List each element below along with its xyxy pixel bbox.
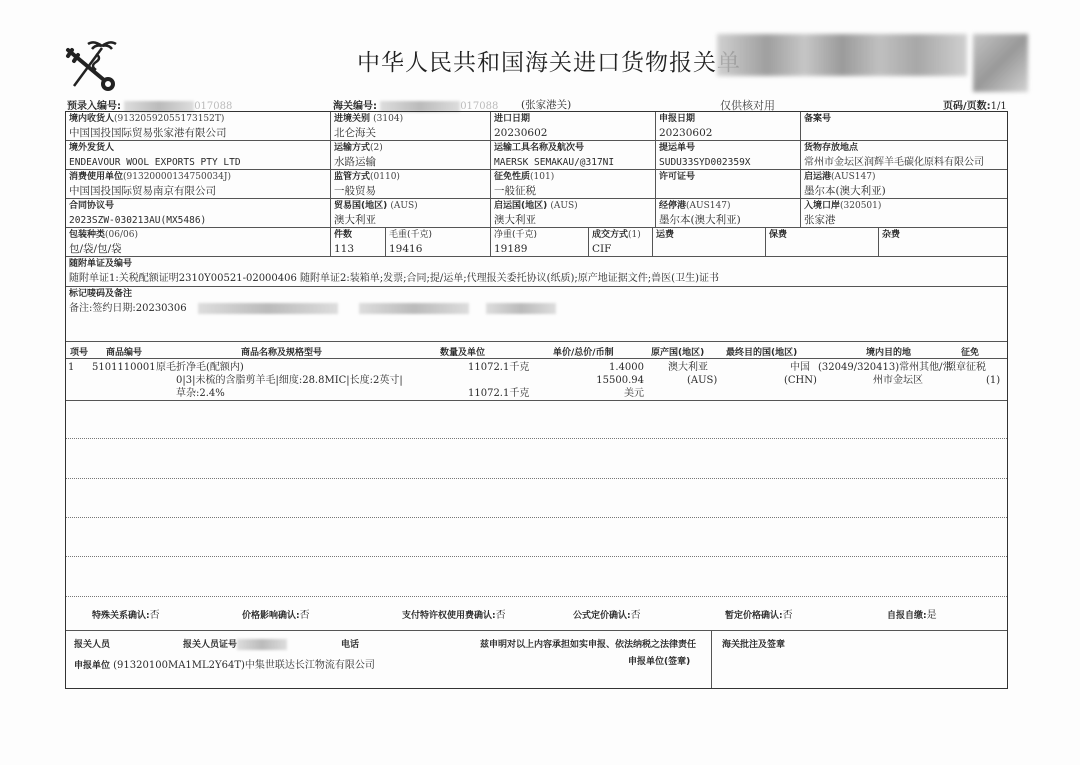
empty-row-divider [66,596,1007,597]
packing-cell: 包装种类(06/06) 包/袋/包/袋 [66,228,331,257]
declarant-label: 报关人员 [74,637,110,650]
empty-row-divider [66,478,1007,479]
confirmation-self-declare: 自报自缴:是 [887,606,937,621]
entry-port-cell: 入境口岸(320501) 张家港 [801,199,1007,228]
departure-port-cell: 启运港(AUS147) 墨尔本(澳大利亚) [801,170,1007,199]
vessel-cell: 运输工具名称及航次号 MAERSK SEMAKAU/@317NI [491,141,656,170]
license-cell: 许可证号 [656,170,801,199]
customs-number: 海关编号: 017088 [333,97,498,112]
page-title: 中华人民共和国海关进口货物报关单 [357,44,741,77]
freight-cell: 运费 [653,228,766,257]
redacted-barcode [717,34,967,76]
supervision-cell: 监管方式(0110) 一般贸易 [331,170,491,199]
confirmation-provisional-price: 暂定价格确认:否 [725,606,793,621]
consumer-cell: 消费使用单位(91320000134750034J) 中国国投国际贸易南京有限公… [66,170,331,199]
net-weight-cell: 净重(千克) 19189 [491,228,589,257]
levy-nature-cell: 征免性质(101) 一般征税 [491,170,656,199]
storage-cell: 货物存放地点 常州市金坛区润辉羊毛碳化原料有限公司 [801,141,1007,170]
declare-date-cell: 申报日期 20230602 [656,112,801,141]
empty-row-divider [66,438,1007,439]
customs-office: (张家港关) [521,97,571,112]
insurance-cell: 保费 [766,228,879,257]
misc-fee-cell: 杂费 [879,228,1007,257]
entry-customs-cell: 进境关别 (3104) 北仑海关 [331,112,491,141]
gross-weight-cell: 毛重(千克) 19416 [386,228,491,257]
confirmation-price-influence: 价格影响确认:否 [242,606,310,621]
customs-approval-label: 海关批注及签章 [722,637,785,650]
trade-country-cell: 贸易国(地区) (AUS) 澳大利亚 [331,199,491,228]
seal-label: 申报单位(签章) [628,654,690,667]
confirmation-special-relation: 特殊关系确认:否 [92,606,160,621]
redacted-qr-code [973,34,1028,92]
transit-port-cell: 经停港(AUS147) 墨尔本(澳大利亚) [656,199,801,228]
deal-mode-cell: 成交方式(1) CIF [589,228,653,257]
confirmation-royalty: 支付特许权使用费确认:否 [402,606,506,621]
customs-emblem-icon [62,38,122,92]
declaration-form: 境内收货人(91320592055173152T) 中国国投国际贸易张家港有限公… [65,111,1008,689]
declaring-unit: 申报单位 (91320100MA1ML2Y64T)中集世联达长江物流有限公司 [74,656,375,671]
contract-cell: 合同协议号 2023SZW-030213AU(MX5486) [66,199,331,228]
confirmation-formula-pricing: 公式定价确认:否 [573,606,641,621]
transport-mode-cell: 运输方式(2) 水路运输 [331,141,491,170]
phone-label: 电话 [341,637,359,650]
empty-row-divider [66,517,1007,518]
attached-docs-cell: 随附单证及编号 随附单证1:关税配额证明2310Y00521-02000406 … [66,257,1007,287]
empty-row-divider [66,556,1007,557]
marks-cell: 标记唛码及备注 备注:签约日期:20230306 [66,287,1007,342]
bill-of-lading-cell: 提运单号 SUDU33SYD002359X [656,141,801,170]
pre-entry-number: 预录入编号: 017088 [67,97,232,112]
consignee-cell: 境内收货人(91320592055173152T) 中国国投国际贸易张家港有限公… [66,112,331,141]
statement: 兹申明对以上内容承担如实申报、依法纳税之法律责任 [480,637,696,650]
pieces-cell: 件数 113 [331,228,386,257]
consignor-cell: 境外发货人 ENDEAVOUR WOOL EXPORTS PTY LTD [66,141,331,170]
consignee-value: 中国国投国际贸易张家港有限公司 [69,126,327,141]
declarant-id-label: 报关人员证号 [183,637,287,650]
record-no-cell: 备案号 [801,112,1007,141]
import-date-cell: 进口日期 20230602 [491,112,656,141]
page-indicator: 页码/页数:1/1 [943,97,1007,112]
departure-country-cell: 启运国(地区) (AUS) 澳大利亚 [491,199,656,228]
